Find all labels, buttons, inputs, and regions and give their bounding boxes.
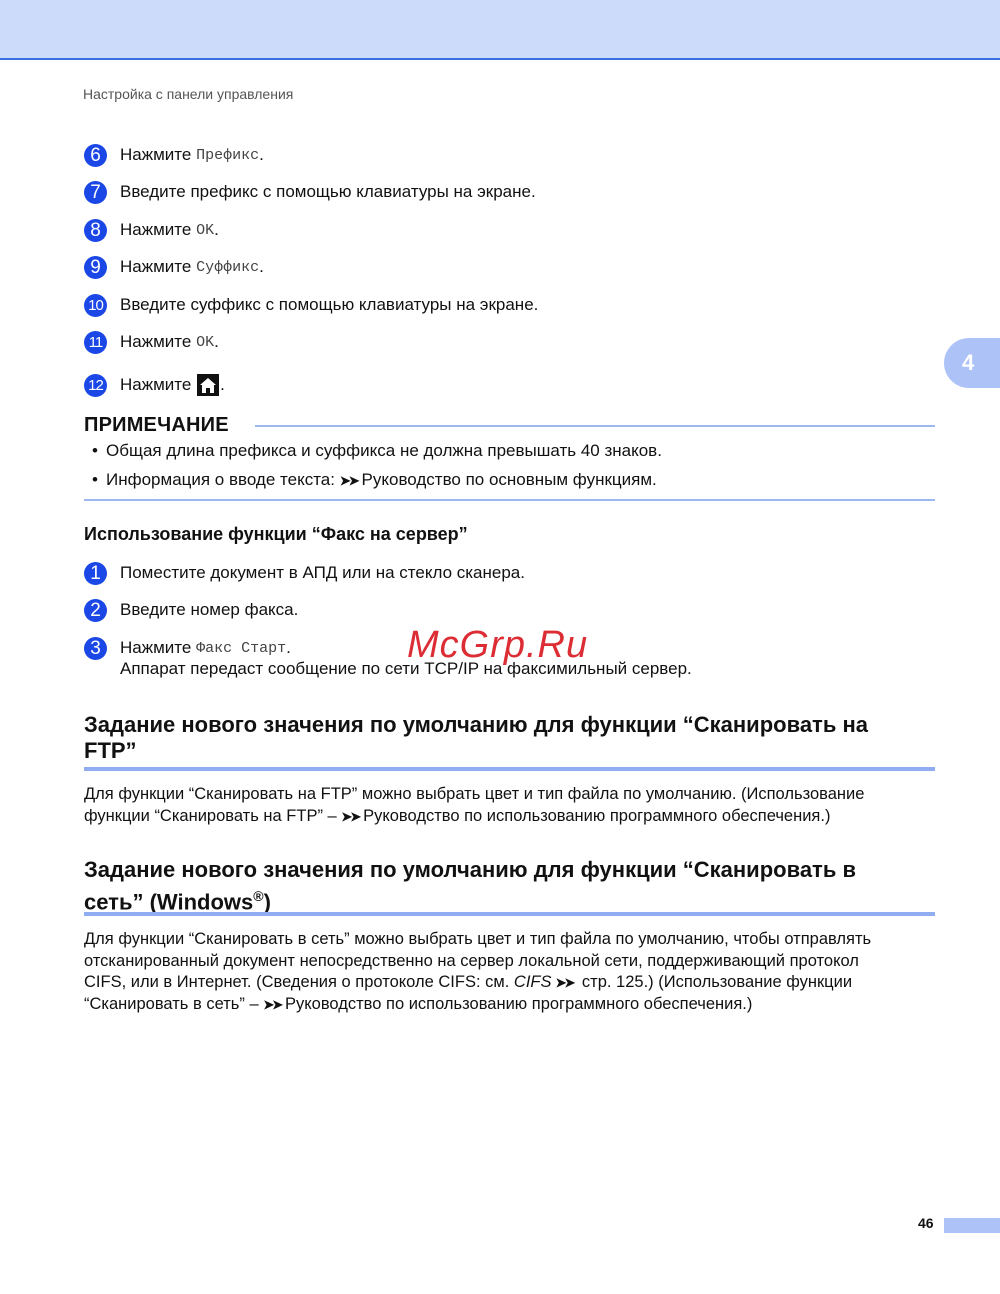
para-text: CIFS, или в Интернет. (Сведения о проток… xyxy=(84,973,514,991)
step-text: Введите префикс с помощью клавиатуры на … xyxy=(120,182,536,202)
step-text: Поместите документ в АПД или на стекло с… xyxy=(120,563,525,583)
registered-mark: ® xyxy=(253,888,263,904)
step-9: 9 Нажмите Суффикс. xyxy=(84,255,264,279)
watermark: McGrp.Ru xyxy=(407,624,588,667)
para-text: стр. 125.) (Использование функции xyxy=(577,973,852,991)
note-bullet: •Информация о вводе текста: ➤➤Руководств… xyxy=(92,470,657,490)
paragraph-network: Для функции “Сканировать в сеть” можно в… xyxy=(84,929,944,1015)
reference-link[interactable]: Руководство по использованию программног… xyxy=(363,807,830,825)
cifs-link[interactable]: CIFS xyxy=(514,973,552,991)
heading-text: сеть” (Windows xyxy=(84,889,253,914)
bullet-text: Информация о вводе текста: xyxy=(106,470,340,489)
note-divider-top xyxy=(255,425,935,427)
step-text: Нажмите xyxy=(120,145,191,165)
heading-line: Задание нового значения по умолчанию для… xyxy=(84,857,934,883)
note-divider-bottom xyxy=(84,499,935,501)
ui-label-ok: OK xyxy=(196,222,214,239)
ui-label-fax-start: Факс Старт xyxy=(196,640,286,657)
step-8: 8 Нажмите OK. xyxy=(84,218,219,242)
step-text: Нажмите xyxy=(120,375,191,395)
paragraph-ftp: Для функции “Сканировать на FTP” можно в… xyxy=(84,784,944,827)
para-text: функции “Сканировать на FTP” – xyxy=(84,807,341,825)
double-arrow-icon: ➤➤ xyxy=(340,473,358,488)
step-tail: . xyxy=(259,145,264,165)
step-text: Нажмите xyxy=(120,257,191,277)
step-text: Нажмите xyxy=(120,332,191,352)
para-line: функции “Сканировать на FTP” – ➤➤Руковод… xyxy=(84,806,944,828)
para-line: CIFS, или в Интернет. (Сведения о проток… xyxy=(84,972,944,994)
para-line: Для функции “Сканировать на FTP” можно в… xyxy=(84,784,944,806)
step-tail: . xyxy=(259,257,264,277)
step-text: Нажмите xyxy=(120,220,191,240)
note-bullet: •Общая длина префикса и суффикса не долж… xyxy=(92,441,662,461)
para-line: “Сканировать в сеть” – ➤➤Руководство по … xyxy=(84,994,944,1016)
heading-text: ) xyxy=(264,889,271,914)
step-number-badge: 6 xyxy=(84,144,107,167)
ui-label-prefix: Префикс xyxy=(196,147,259,164)
step-result-text: Аппарат передаст сообщение по сети TCP/I… xyxy=(120,659,692,679)
step-number-badge: 1 xyxy=(84,562,107,585)
step-number-badge: 10 xyxy=(84,294,107,317)
step-number-badge: 7 xyxy=(84,181,107,204)
fax-step-1: 1 Поместите документ в АПД или на стекло… xyxy=(84,561,525,585)
step-number-badge: 9 xyxy=(84,256,107,279)
ui-label-ok: OK xyxy=(196,334,214,351)
section-heading-network: Задание нового значения по умолчанию для… xyxy=(84,857,934,915)
ui-label-suffix: Суффикс xyxy=(196,259,259,276)
subsection-heading: Использование функции “Факс на сервер” xyxy=(84,524,468,545)
step-6: 6 Нажмите Префикс. xyxy=(84,143,264,167)
para-line: отсканированный документ непосредственно… xyxy=(84,951,944,973)
step-12: 12 Нажмите . xyxy=(84,373,225,397)
chapter-tab[interactable]: 4 xyxy=(944,338,1000,388)
bullet-dot: • xyxy=(92,441,106,461)
double-arrow-icon: ➤➤ xyxy=(263,997,281,1012)
step-7: 7 Введите префикс с помощью клавиатуры н… xyxy=(84,180,536,204)
fax-step-3: 3 Нажмите Факс Старт. xyxy=(84,636,291,660)
step-tail: . xyxy=(286,638,291,658)
step-tail: . xyxy=(214,332,219,352)
step-10: 10 Введите суффикс с помощью клавиатуры … xyxy=(84,293,538,317)
note-title: ПРИМЕЧАНИЕ xyxy=(84,414,229,437)
step-number-badge: 3 xyxy=(84,637,107,660)
home-icon xyxy=(197,374,219,396)
double-arrow-icon: ➤➤ xyxy=(556,975,574,990)
page-number-bar xyxy=(944,1218,1000,1233)
reference-link[interactable]: Руководство по использованию программног… xyxy=(285,995,752,1013)
step-number-badge: 2 xyxy=(84,599,107,622)
double-arrow-icon: ➤➤ xyxy=(341,809,359,824)
step-number-badge: 11 xyxy=(84,331,107,354)
step-text: Нажмите xyxy=(120,638,191,658)
fax-step-2: 2 Введите номер факса. xyxy=(84,598,298,622)
para-text: “Сканировать в сеть” – xyxy=(84,995,263,1013)
step-number-badge: 12 xyxy=(84,374,107,397)
step-11: 11 Нажмите OK. xyxy=(84,330,219,354)
page-number: 46 xyxy=(918,1215,934,1231)
step-text: Введите суффикс с помощью клавиатуры на … xyxy=(120,295,538,315)
section-rule xyxy=(84,912,935,916)
heading-line: Задание нового значения по умолчанию для… xyxy=(84,712,934,738)
section-heading-ftp: Задание нового значения по умолчанию для… xyxy=(84,712,934,764)
bullet-dot: • xyxy=(92,470,106,490)
heading-line: FTP” xyxy=(84,738,934,764)
step-tail: . xyxy=(220,375,225,395)
step-tail: . xyxy=(214,220,219,240)
section-rule xyxy=(84,767,935,771)
step-text: Введите номер факса. xyxy=(120,600,298,620)
step-number-badge: 8 xyxy=(84,219,107,242)
bullet-text: Общая длина префикса и суффикса не должн… xyxy=(106,441,662,460)
running-header: Настройка с панели управления xyxy=(83,86,293,102)
reference-link[interactable]: Руководство по основным функциям. xyxy=(362,470,657,489)
top-header-band xyxy=(0,0,1000,60)
para-line: Для функции “Сканировать в сеть” можно в… xyxy=(84,929,944,951)
heading-line: сеть” (Windows®) xyxy=(84,883,934,915)
